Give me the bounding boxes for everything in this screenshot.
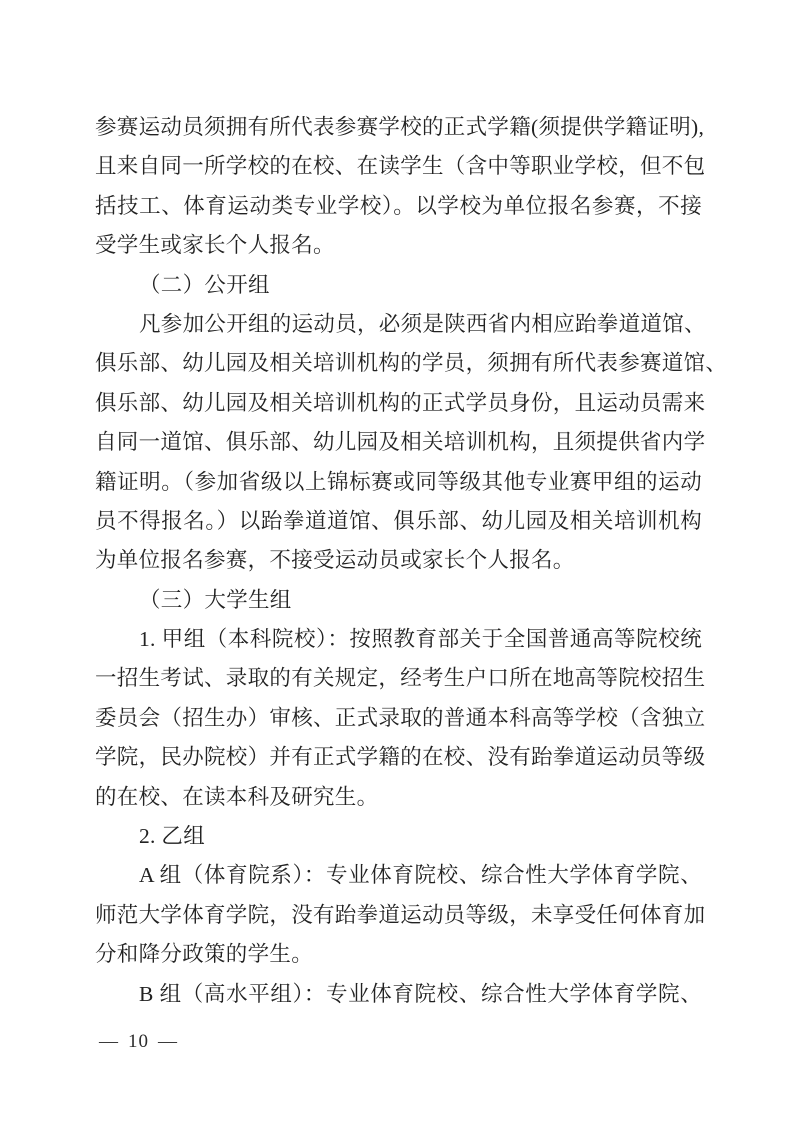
text-line: 一招生考试、录取的有关规定，经考生户口所在地高等院校招生 <box>95 659 702 698</box>
text-line: 参赛运动员须拥有所代表参赛学校的正式学籍(须提供学籍证明), <box>95 108 702 147</box>
text-line: 为单位报名参赛，不接受运动员或家长个人报名。 <box>95 541 702 580</box>
text-line: 学院，民办院校）并有正式学籍的在校、没有跆拳道运动员等级 <box>95 738 702 777</box>
document-page: 参赛运动员须拥有所代表参赛学校的正式学籍(须提供学籍证明),且来自同一所学校的在… <box>0 0 794 1123</box>
document-body: 参赛运动员须拥有所代表参赛学校的正式学籍(须提供学籍证明),且来自同一所学校的在… <box>95 108 702 1014</box>
text-line: A 组（体育院系）：专业体育院校、综合性大学体育学院、 <box>95 856 702 895</box>
text-line: 受学生或家长个人报名。 <box>95 226 702 265</box>
text-line: 俱乐部、幼儿园及相关培训机构的正式学员身份，且运动员需来 <box>95 384 702 423</box>
text-line: 2. 乙组 <box>95 817 702 856</box>
text-line: （二）公开组 <box>95 266 702 305</box>
page-number: 10 <box>128 1031 149 1052</box>
text-line: 委员会（招生办）审核、正式录取的普通本科高等学校（含独立 <box>95 699 702 738</box>
text-line: 俱乐部、幼儿园及相关培训机构的学员，须拥有所代表参赛道馆、 <box>95 344 702 383</box>
text-line: 员不得报名。）以跆拳道道馆、俱乐部、幼儿园及相关培训机构 <box>95 502 702 541</box>
text-line: 师范大学体育学院，没有跆拳道运动员等级，未享受任何体育加 <box>95 896 702 935</box>
text-line: 括技工、体育运动类专业学校）。以学校为单位报名参赛，不接 <box>95 187 702 226</box>
text-line: 的在校、在读本科及研究生。 <box>95 778 702 817</box>
text-line: B 组（高水平组）：专业体育院校、综合性大学体育学院、 <box>95 975 702 1014</box>
footer-dash-left: — <box>99 1031 119 1052</box>
text-line: （三）大学生组 <box>95 581 702 620</box>
text-line: 分和降分政策的学生。 <box>95 935 702 974</box>
text-line: 1. 甲组（本科院校）：按照教育部关于全国普通高等院校统 <box>95 620 702 659</box>
footer-dash-right: — <box>158 1031 178 1052</box>
text-line: 自同一道馆、俱乐部、幼儿园及相关培训机构，且须提供省内学 <box>95 423 702 462</box>
text-line: 且来自同一所学校的在校、在读学生（含中等职业学校，但不包 <box>95 147 702 186</box>
text-line: 籍证明。（参加省级以上锦标赛或同等级其他专业赛甲组的运动 <box>95 463 702 502</box>
page-footer: —10— <box>99 1030 178 1054</box>
text-line: 凡参加公开组的运动员，必须是陕西省内相应跆拳道道馆、 <box>95 305 702 344</box>
